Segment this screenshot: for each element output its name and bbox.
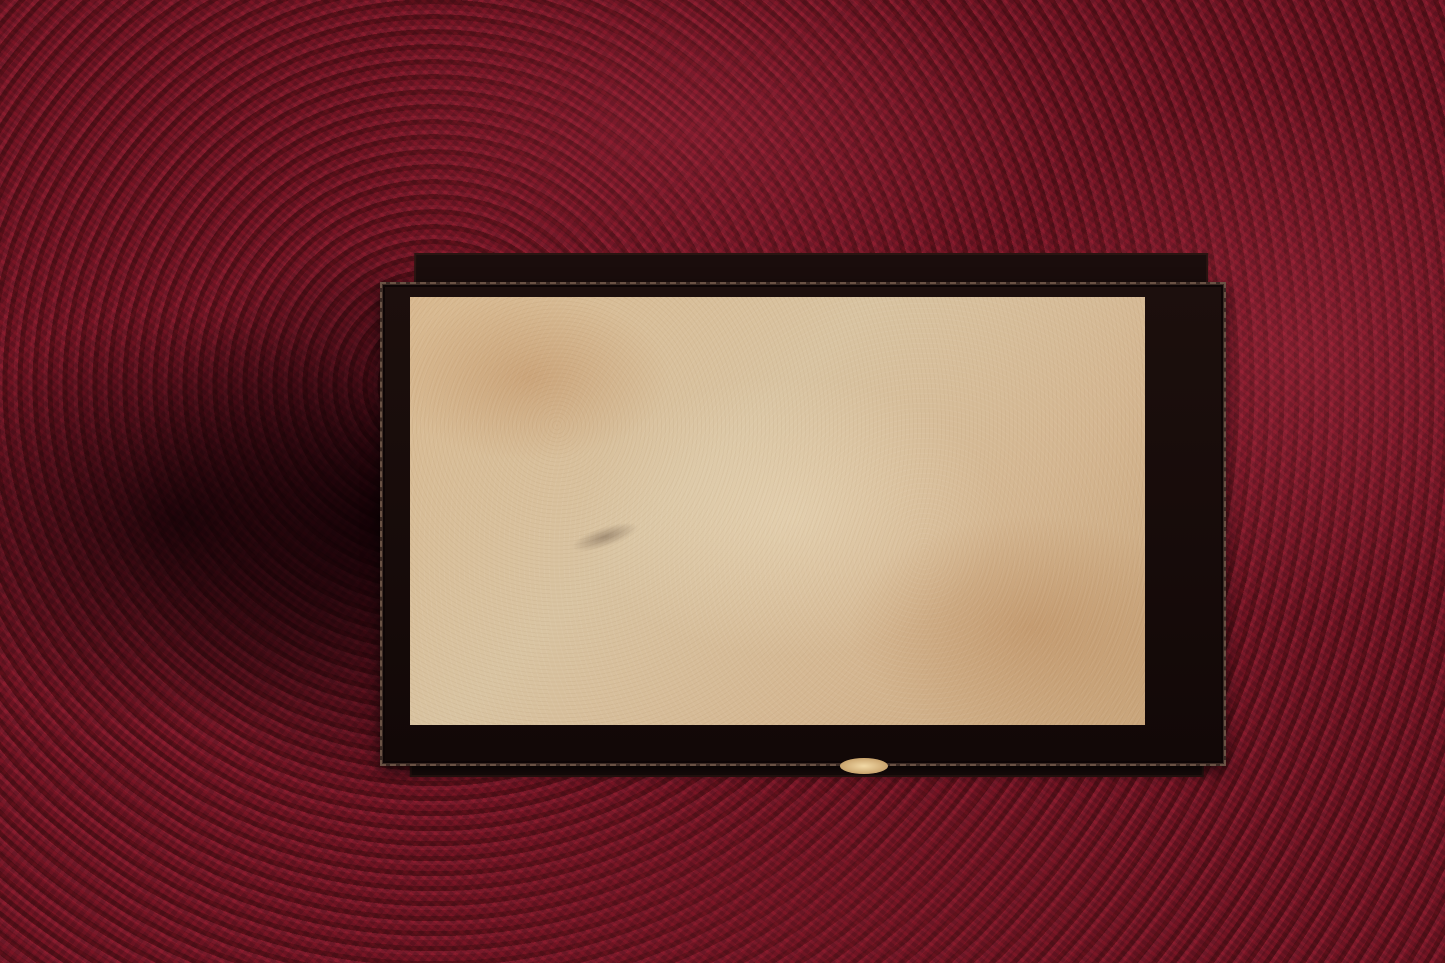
box-clasp	[840, 758, 888, 774]
paper-texture	[410, 297, 1145, 725]
photo-scene	[0, 0, 1445, 963]
blank-paper-label	[410, 297, 1145, 725]
